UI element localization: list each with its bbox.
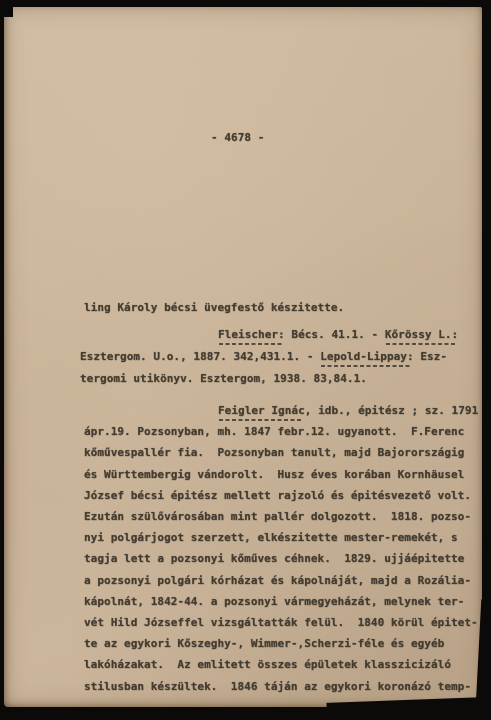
citation-text: Esz- <box>414 350 447 363</box>
citation-text: Bécs. 41.1. - <box>285 328 385 341</box>
text-line: nyi polgárjogot szerzett, elkészitette m… <box>84 531 458 544</box>
citation-author: Lepold-Lippay: <box>320 350 413 363</box>
citation-author: Fleischer: <box>218 328 285 341</box>
citation-text: Esztergom. U.o., 1887. 342,431.1. - <box>80 350 320 363</box>
entry-heading-line: Feigler Ignác, idb., épitész ; sz. 1791 <box>218 404 478 417</box>
text-line: kápolnát, 1842-44. a pozsonyi vármegyehá… <box>84 595 464 608</box>
page-number: - 4678 - <box>211 131 264 144</box>
text-line: vét Hild Józseffel vizsgáltatták felül. … <box>84 616 478 629</box>
text-line: stilusban készültek. 1846 táján az egyko… <box>84 680 471 693</box>
text-line: és Württembergig vándorolt. Husz éves ko… <box>84 468 464 481</box>
citation-author: Kőrössy L.: <box>385 328 458 341</box>
scan-background: { "colors": { "paper": "#c9b398", "frame… <box>0 0 491 720</box>
citation-line: tergomi utikönyv. Esztergom, 1938. 83,84… <box>80 372 367 385</box>
text-line: kőművespallér fia. Pozsonyban tanult, ma… <box>84 446 464 459</box>
scan-corner-shadow <box>0 0 13 17</box>
scanned-page: - 4678 - ling Károly bécsi üvegfestő kés… <box>4 7 482 707</box>
text-line: József bécsi épitész mellett rajzoló és … <box>84 489 471 502</box>
text-line: ápr.19. Pozsonyban, mh. 1847 febr.12. ug… <box>84 425 464 438</box>
entry-text: , idb., épitész ; sz. 1791 <box>305 404 479 417</box>
citation-line: Esztergom. U.o., 1887. 342,431.1. - Lepo… <box>80 350 447 363</box>
text-line: te az egykori Kőszeghy-, Wimmer-,Scherzi… <box>84 637 444 650</box>
entry-name: Feigler Ignác <box>218 404 305 417</box>
citation-line: Fleischer: Bécs. 41.1. - Kőrössy L.: <box>218 328 458 341</box>
text-line: ling Károly bécsi üvegfestő készitette. <box>84 301 344 314</box>
text-line: a pozsonyi polgári kórházat és kápolnájá… <box>84 574 471 587</box>
text-line: Ezután szülővárosában mint pallér dolgoz… <box>84 510 471 523</box>
text-line: tagja lett a pozsonyi kőműves céhnek. 18… <box>84 552 464 565</box>
text-line: lakóházakat. Az emlitett összes épületek… <box>84 658 451 671</box>
